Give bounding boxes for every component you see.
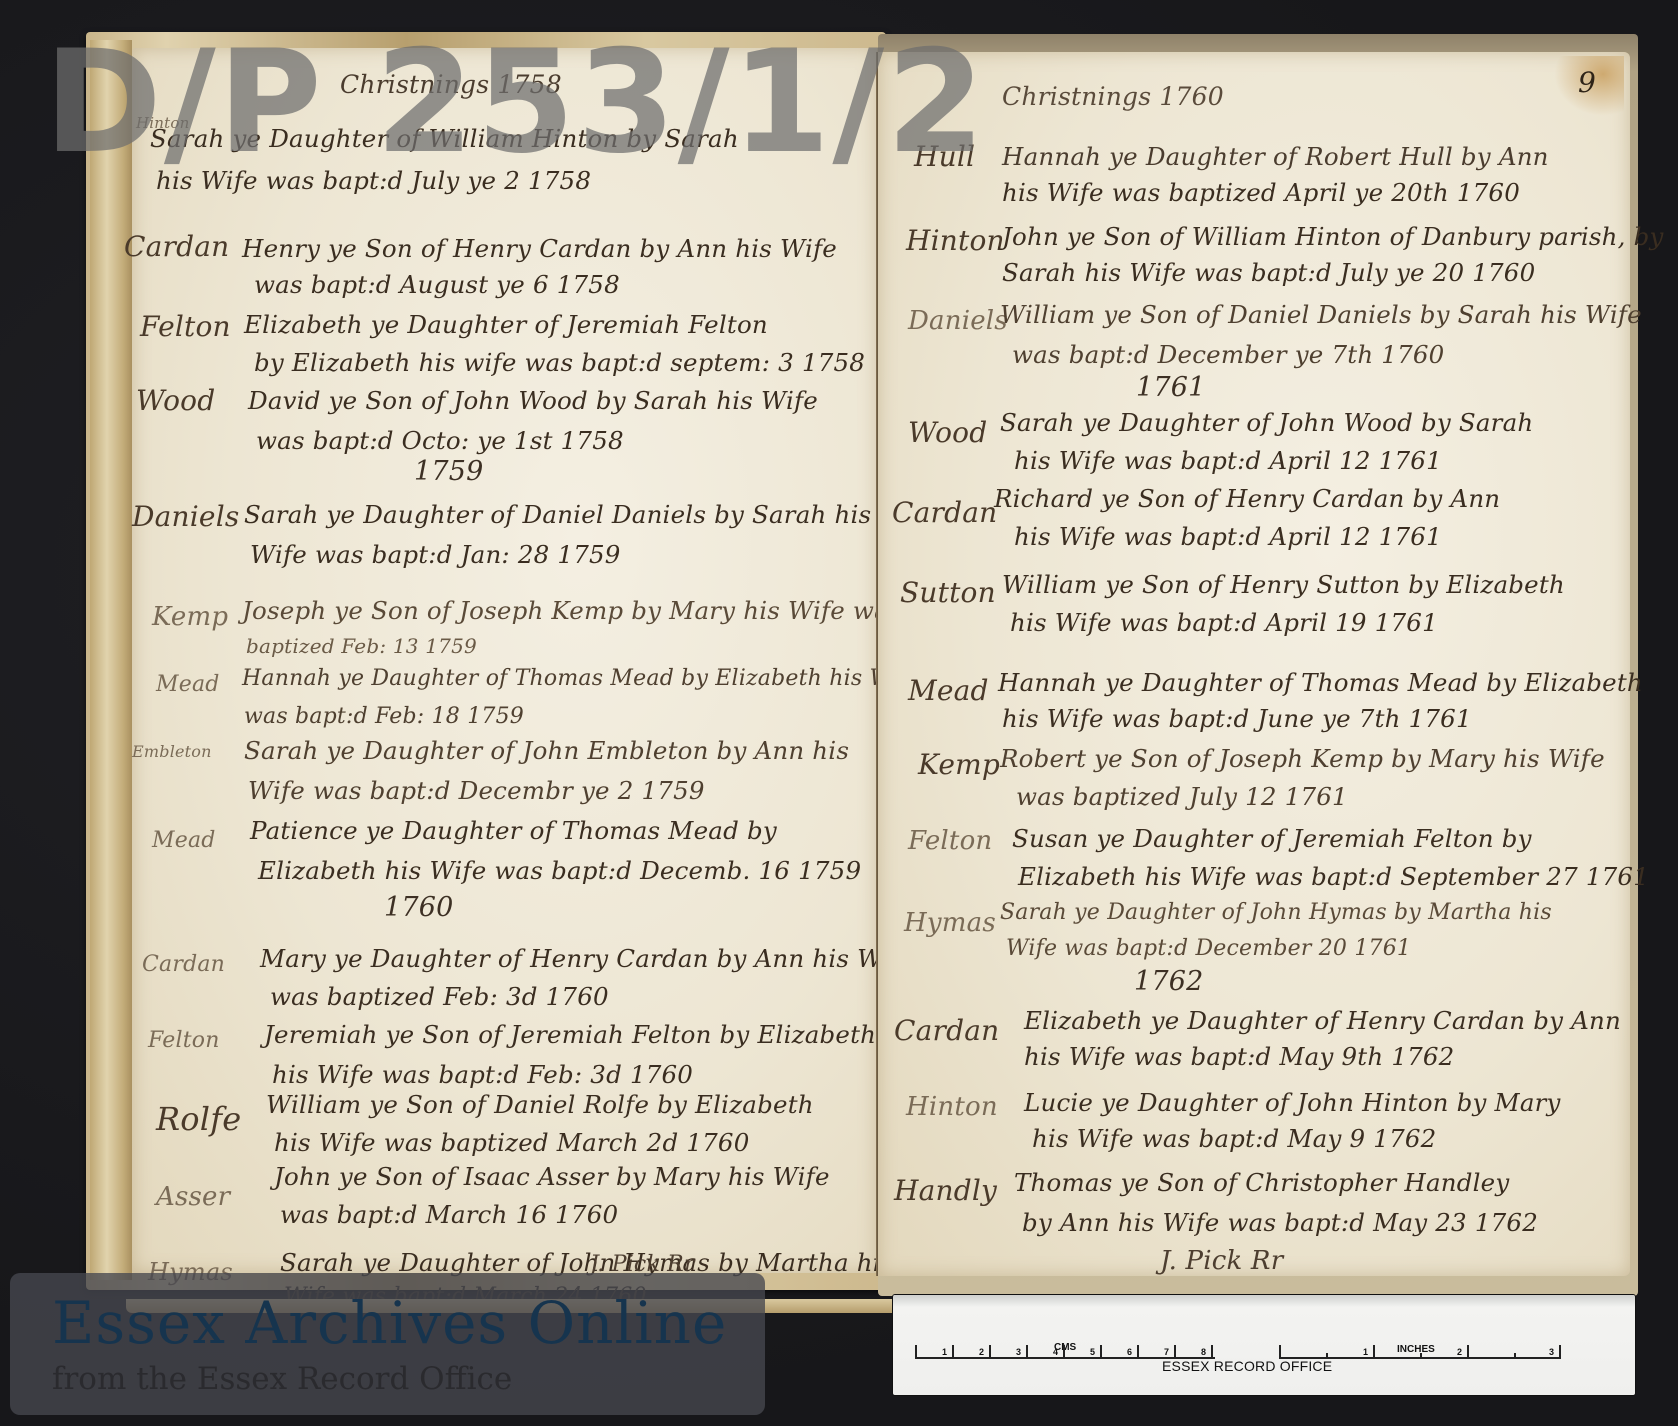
entry-line: his Wife was bapt:d July ye 2 1758 — [156, 166, 591, 195]
tick — [1026, 1345, 1028, 1359]
entry-line: Mary ye Daughter of Henry Cardan by Ann … — [260, 944, 914, 973]
entry-line: his Wife was bapt:d May 9 1762 — [1032, 1124, 1436, 1153]
scale-ruler: CMS 1 2 3 4 5 6 7 8 INCHES 1 2 3 ESSEX R… — [893, 1295, 1635, 1395]
margin-surname: Cardan — [124, 230, 229, 263]
cm-tick-label: 7 — [1164, 1347, 1169, 1357]
page-heading: Christnings 1758 — [340, 70, 562, 99]
entry-line: Jeremiah ye Son of Jeremiah Felton by El… — [264, 1020, 876, 1049]
entry-line: Wife was bapt:d Decembr ye 2 1759 — [248, 776, 705, 805]
entry-line: his Wife was bapt:d May 9th 1762 — [1024, 1042, 1454, 1071]
tick — [1279, 1345, 1281, 1359]
year-heading: 1759 — [414, 456, 484, 487]
tick — [1514, 1353, 1516, 1359]
rector-signature: J. Pick Rr — [1160, 1246, 1283, 1276]
entry-line: Elizabeth his Wife was bapt:d Decemb. 16… — [258, 856, 861, 885]
entry-line: Sarah ye Daughter of John Wood by Sarah — [1000, 408, 1533, 437]
tick — [1100, 1345, 1102, 1359]
entry-line: Thomas ye Son of Christopher Handley — [1014, 1168, 1509, 1197]
right-page: 9 Christnings 1760 Hull Hannah ye Daught… — [878, 52, 1630, 1276]
page-heading: Christnings 1760 — [1002, 82, 1224, 111]
entry-line: baptized Feb: 13 1759 — [246, 634, 477, 658]
tick — [1137, 1345, 1139, 1359]
entry-line: Sarah ye Daughter of Daniel Daniels by S… — [244, 500, 871, 529]
margin-surname: Cardan — [142, 952, 225, 977]
tick — [989, 1345, 991, 1359]
entry-line: John ye Son of William Hinton of Danbury… — [1002, 222, 1664, 251]
margin-surname: Mead — [152, 828, 216, 853]
entry-line: was bapt:d August ye 6 1758 — [254, 270, 620, 299]
essex-archives-watermark: Essex Archives Online from the Essex Rec… — [10, 1273, 765, 1415]
entry-line: Sarah ye Daughter of John Hymas by Marth… — [1000, 900, 1552, 925]
entry-line: his Wife was baptized March 2d 1760 — [274, 1128, 750, 1157]
entry-line: Lucie ye Daughter of John Hinton by Mary — [1024, 1088, 1561, 1117]
margin-surname: Hinton — [906, 224, 1005, 257]
margin-surname: Kemp — [918, 748, 1000, 781]
margin-surname: Handly — [894, 1174, 997, 1207]
entry-line: Elizabeth his Wife was bapt:d September … — [1018, 862, 1649, 891]
margin-surname: Mead — [908, 674, 989, 707]
entry-line: his Wife was baptized April ye 20th 1760 — [1002, 178, 1520, 207]
entry-line: his Wife was bapt:d April 12 1761 — [1014, 446, 1442, 475]
left-page: Christnings 1758 Hinton Sarah ye Daughte… — [132, 48, 877, 1273]
cm-tick-label: 2 — [979, 1347, 984, 1357]
margin-surname: Hymas — [904, 908, 996, 938]
entry-line: his Wife was bapt:d June ye 7th 1761 — [1002, 704, 1472, 733]
margin-surname: Wood — [908, 416, 987, 449]
entry-line: Robert ye Son of Joseph Kemp by Mary his… — [1000, 744, 1605, 773]
year-heading: 1762 — [1134, 966, 1204, 997]
cm-tick-label: 5 — [1090, 1347, 1095, 1357]
margin-surname: Wood — [136, 384, 215, 417]
year-heading: 1760 — [384, 892, 454, 923]
entry-line: Elizabeth ye Daughter of Henry Cardan by… — [1024, 1006, 1621, 1035]
tick — [952, 1345, 954, 1359]
cm-tick-label: 3 — [1016, 1347, 1021, 1357]
parish-register-book: Christnings 1758 Hinton Sarah ye Daughte… — [86, 18, 1638, 1303]
tick — [1373, 1345, 1375, 1359]
entry-line: was baptized Feb: 3d 1760 — [270, 982, 609, 1011]
entry-line: Hannah ye Daughter of Thomas Mead by Eli… — [998, 668, 1643, 697]
cm-scale: 1 2 3 4 5 6 7 8 — [915, 1343, 1215, 1359]
inch-tick-label: 3 — [1549, 1347, 1554, 1357]
tick — [1211, 1345, 1213, 1359]
entry-line: Sarah ye Daughter of John Embleton by An… — [244, 736, 849, 765]
margin-surname: Cardan — [892, 496, 997, 529]
cm-tick-label: 4 — [1053, 1347, 1058, 1357]
entry-line: was bapt:d March 16 1760 — [280, 1200, 618, 1229]
entry-line: Sarah his Wife was bapt:d July ye 20 176… — [1002, 258, 1535, 287]
margin-surname: Embleton — [132, 742, 212, 761]
entry-line: David ye Son of John Wood by Sarah his W… — [248, 386, 818, 415]
entry-line: was bapt:d December ye 7th 1760 — [1012, 340, 1444, 369]
entry-line: his Wife was bapt:d April 12 1761 — [1014, 522, 1442, 551]
entry-line: by Elizabeth his wife was bapt:d septem:… — [254, 348, 865, 377]
entry-line: Hannah ye Daughter of Thomas Mead by Eli… — [242, 666, 921, 691]
year-heading: 1761 — [1136, 372, 1206, 403]
inch-tick-label: 2 — [1457, 1347, 1462, 1357]
margin-surname: Rolfe — [156, 1100, 241, 1138]
margin-surname: Felton — [140, 310, 231, 343]
entry-line: Joseph ye Son of Joseph Kemp by Mary his… — [242, 596, 902, 625]
margin-surname: Asser — [156, 1182, 230, 1212]
tick — [1174, 1345, 1176, 1359]
watermark-title: Essex Archives Online — [52, 1289, 727, 1357]
watermark-subtitle: from the Essex Record Office — [52, 1361, 512, 1397]
entry-line: Wife was bapt:d December 20 1761 — [1006, 936, 1411, 961]
cm-tick-label: 6 — [1127, 1347, 1132, 1357]
margin-surname: Sutton — [900, 576, 996, 609]
entry-line: John ye Son of Isaac Asser by Mary his W… — [274, 1162, 830, 1191]
entry-line: his Wife was bapt:d April 19 1761 — [1010, 608, 1438, 637]
entry-line: Richard ye Son of Henry Cardan by Ann — [994, 484, 1500, 513]
entry-line: Hannah ye Daughter of Robert Hull by Ann — [1002, 142, 1549, 171]
entry-line: Henry ye Son of Henry Cardan by Ann his … — [242, 234, 837, 263]
entry-line: Susan ye Daughter of Jeremiah Felton by — [1012, 824, 1532, 853]
margin-surname: Kemp — [152, 602, 228, 632]
tick — [1467, 1345, 1469, 1359]
tick — [1420, 1353, 1422, 1359]
entry-line: Sarah ye Daughter of William Hinton by S… — [150, 124, 739, 153]
entry-line: was baptized July 12 1761 — [1016, 782, 1348, 811]
entry-line: Patience ye Daughter of Thomas Mead by — [250, 816, 777, 845]
entry-line: William ye Son of Daniel Rolfe by Elizab… — [266, 1090, 814, 1119]
cm-tick-label: 8 — [1201, 1347, 1206, 1357]
tick — [915, 1345, 917, 1359]
margin-surname: Mead — [156, 672, 220, 697]
entry-line: William ye Son of Daniel Daniels by Sara… — [1000, 300, 1642, 329]
entry-line: was bapt:d Octo: ye 1st 1758 — [256, 426, 624, 455]
tick — [1559, 1345, 1561, 1359]
margin-surname: Cardan — [894, 1014, 999, 1047]
entry-line: was bapt:d Feb: 18 1759 — [244, 704, 524, 729]
entry-line: Wife was bapt:d Jan: 28 1759 — [250, 540, 621, 569]
margin-surname: Felton — [908, 826, 992, 856]
tick — [1063, 1345, 1065, 1359]
margin-surname: Hull — [914, 140, 975, 173]
entry-line: William ye Son of Henry Sutton by Elizab… — [1002, 570, 1565, 599]
ruler-office-label: ESSEX RECORD OFFICE — [1162, 1358, 1332, 1374]
entry-line: his Wife was bapt:d Feb: 3d 1760 — [272, 1060, 693, 1089]
margin-surname: Hinton — [906, 1092, 998, 1122]
margin-surname: Felton — [148, 1028, 220, 1053]
entry-line: Elizabeth ye Daughter of Jeremiah Felton — [244, 310, 768, 339]
inch-tick-label: 1 — [1363, 1347, 1368, 1357]
cm-tick-label: 1 — [942, 1347, 947, 1357]
margin-surname: Daniels — [908, 306, 1008, 336]
margin-surname: Daniels — [132, 500, 239, 533]
inch-scale: 1 2 3 — [1279, 1343, 1561, 1359]
entry-line: by Ann his Wife was bapt:d May 23 1762 — [1022, 1208, 1538, 1237]
page-number: 9 — [1578, 66, 1596, 99]
